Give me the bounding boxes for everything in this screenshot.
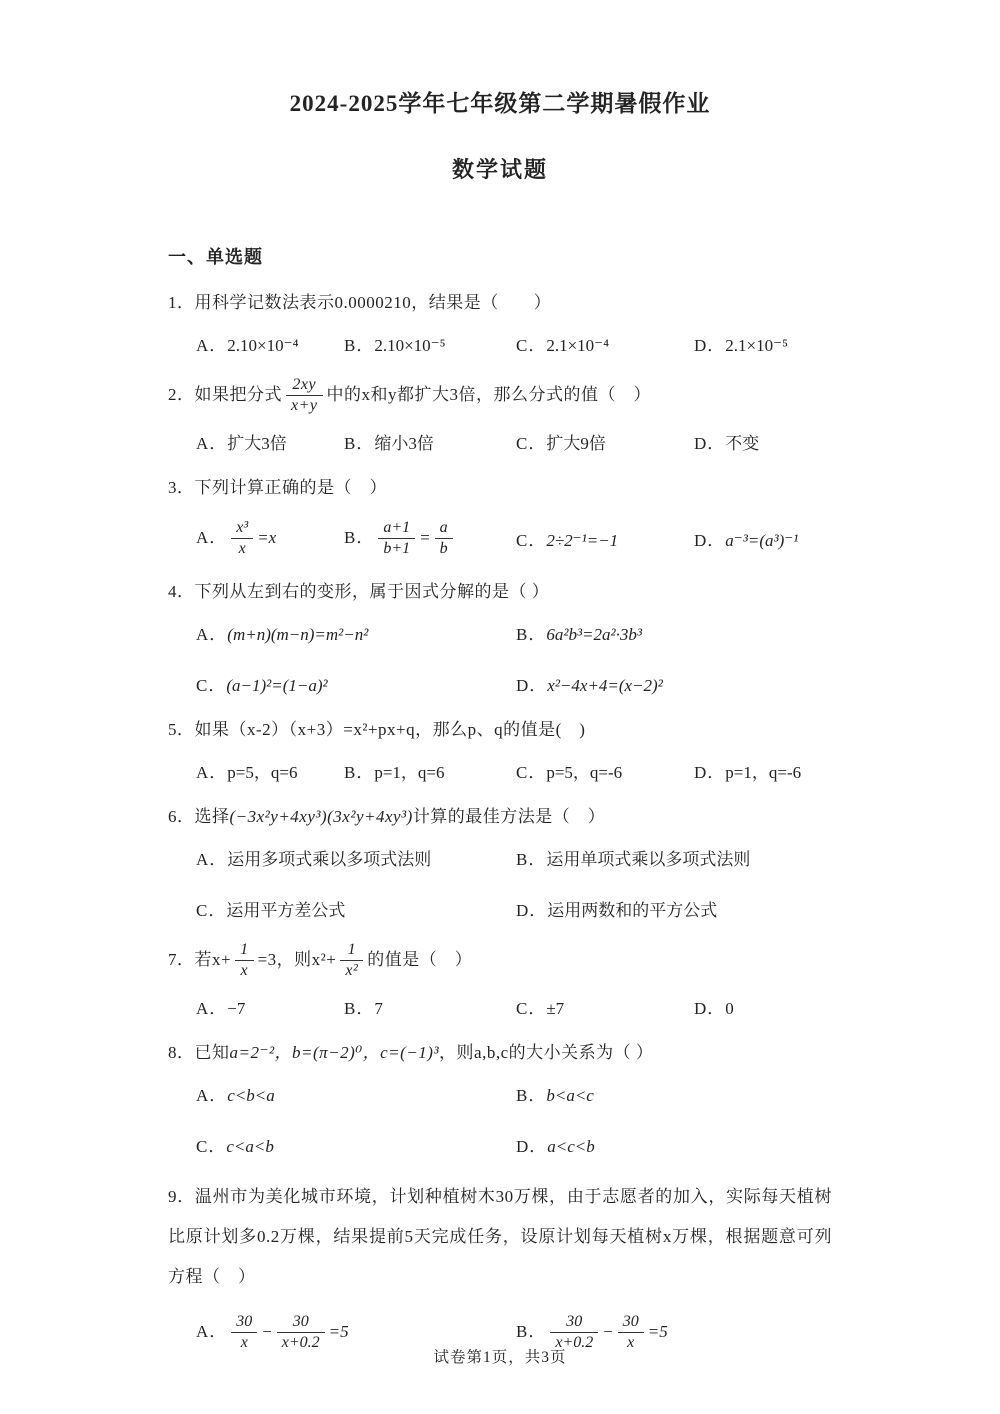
q8-option-b: B．b<a<c <box>516 1081 832 1106</box>
option-value: =5 <box>648 1321 668 1340</box>
option-value: b<a<c <box>546 1086 594 1105</box>
option-label: A． <box>196 625 227 644</box>
q8-option-a: A．c<b<a <box>196 1081 516 1106</box>
option-value: 不变 <box>725 434 759 453</box>
option-value: c<a<b <box>226 1137 274 1156</box>
option-value: 扩大9倍 <box>546 434 606 453</box>
option-value: 2.1×10⁻⁵ <box>725 336 788 355</box>
equals-sign: = <box>419 527 430 546</box>
question-3: 3．下列计算正确的是（ ） A．x³x=x B．a+1b+1=ab C．2÷2⁻… <box>168 474 832 559</box>
q9-stem: 9．温州市为美化城市环境，计划种植树木30万棵，由于志愿者的加入，实际每天植树比… <box>168 1177 832 1297</box>
q7-option-b: B．7 <box>344 994 516 1019</box>
option-value: 运用单项式乘以多项式法则 <box>546 850 750 869</box>
q8-stem: 8．已知a=2⁻²，b=(π−2)⁰，c=(−1)³，则a,b,c的大小关系为（… <box>168 1039 832 1068</box>
q2-option-c: C．扩大9倍 <box>516 429 694 454</box>
option-label: D． <box>694 999 725 1018</box>
fraction-numerator: 2xy <box>286 376 323 396</box>
q5-stem: 5．如果（x-2）（x+3）=x²+px+q，那么p、q的值是( ) <box>168 716 832 745</box>
page-title: 2024-2025学年七年级第二学期暑假作业 <box>168 92 832 115</box>
q7-options: A．−7 B．7 C．±7 D．0 <box>168 994 832 1019</box>
option-value: a<c<b <box>547 1137 595 1156</box>
question-8: 8．已知a=2⁻²，b=(π−2)⁰，c=(−1)³，则a,b,c的大小关系为（… <box>168 1039 832 1157</box>
q2-stem-pre: 2．如果把分式 <box>168 385 282 404</box>
q5-option-b: B．p=1，q=6 <box>344 758 516 783</box>
option-label: C． <box>516 531 546 550</box>
q8-formula: a=2⁻²，b=(π−2)⁰，c=(−1)³ <box>230 1043 440 1062</box>
q7-option-a: A．−7 <box>196 994 344 1019</box>
q2-option-a: A．扩大3倍 <box>196 429 344 454</box>
q8-stem-pre: 8．已知 <box>168 1043 230 1062</box>
option-label: D． <box>694 434 725 453</box>
option-label: A． <box>196 1086 227 1105</box>
q1-option-b: B．2.10×10⁻⁵ <box>344 331 516 356</box>
fraction-numerator: x³ <box>231 519 253 539</box>
q4-stem: 4．下列从左到右的变形，属于因式分解的是（ ） <box>168 578 832 607</box>
q6-option-d: D．运用两数和的平方公式 <box>516 896 832 921</box>
q5-options: A．p=5，q=6 B．p=1，q=6 C．p=5，q=-6 D．p=1，q=-… <box>168 758 832 783</box>
question-1: 1．用科学记数法表示0.0000210，结果是（ ） A．2.10×10⁻⁴ B… <box>168 289 832 356</box>
q4-option-c: C．(a−1)²=(1−a)² <box>196 671 516 696</box>
fraction-numerator: 30 <box>231 1313 257 1333</box>
option-label: D． <box>516 676 547 695</box>
q5-option-c: C．p=5，q=-6 <box>516 758 694 783</box>
fraction-denominator: b <box>435 539 453 558</box>
q2-option-b: B．缩小3倍 <box>344 429 516 454</box>
fraction-numerator: 1 <box>235 941 254 961</box>
option-value: 运用平方差公式 <box>226 901 345 920</box>
page-subtitle: 数学试题 <box>168 159 832 181</box>
option-value: p=5，q=6 <box>227 763 297 782</box>
option-value: 2.1×10⁻⁴ <box>546 336 609 355</box>
option-label: D． <box>694 763 725 782</box>
q2-stem-post: 中的x和y都扩大3倍，那么分式的值（ ） <box>327 385 652 404</box>
fraction-denominator: x+y <box>286 396 323 415</box>
option-value: x²−4x+4=(x−2)² <box>547 676 663 695</box>
option-value: 2.10×10⁻⁴ <box>227 336 298 355</box>
option-label: B． <box>344 999 374 1018</box>
fraction: 2xyx+y <box>286 376 323 416</box>
option-value: p=1，q=-6 <box>725 763 801 782</box>
option-label: B． <box>516 625 546 644</box>
q7-option-c: C．±7 <box>516 994 694 1019</box>
option-label: B． <box>344 527 374 546</box>
option-value: =x <box>257 527 276 546</box>
question-9: 9．温州市为美化城市环境，计划种植树木30万棵，由于志愿者的加入，实际每天植树比… <box>168 1177 832 1353</box>
option-value: p=1，q=6 <box>374 763 444 782</box>
q3-stem: 3．下列计算正确的是（ ） <box>168 474 832 503</box>
option-label: C． <box>196 901 226 920</box>
page-footer: 试卷第1页，共3页 <box>0 1345 1000 1367</box>
q1-options: A．2.10×10⁻⁴ B．2.10×10⁻⁵ C．2.1×10⁻⁴ D．2.1… <box>168 331 832 356</box>
q6-option-b: B．运用单项式乘以多项式法则 <box>516 845 832 870</box>
option-value: 运用多项式乘以多项式法则 <box>227 850 431 869</box>
option-value: a⁻³=(a³)⁻¹ <box>725 531 798 550</box>
question-7: 7．若x+1x=3，则x²+1x²的值是（ ） A．−7 B．7 C．±7 D．… <box>168 941 832 1019</box>
section-header: 一、单选题 <box>168 243 832 269</box>
q3-option-c: C．2÷2⁻¹=−1 <box>516 526 694 551</box>
option-label: B． <box>516 850 546 869</box>
q8-option-c: C．c<a<b <box>196 1132 516 1157</box>
option-label: C． <box>516 336 546 355</box>
q8-option-d: D．a<c<b <box>516 1132 832 1157</box>
option-value: c<b<a <box>227 1086 275 1105</box>
question-2: 2．如果把分式2xyx+y中的x和y都扩大3倍，那么分式的值（ ） A．扩大3倍… <box>168 376 832 454</box>
option-value: (a−1)²=(1−a)² <box>226 676 327 695</box>
q5-option-a: A．p=5，q=6 <box>196 758 344 783</box>
option-label: B． <box>344 336 374 355</box>
option-label: A． <box>196 850 227 869</box>
q6-stem: 6．选择(−3x²y+4xy³)(3x²y+4xy³)计算的最佳方法是（ ） <box>168 803 832 832</box>
option-value: (m+n)(m−n)=m²−n² <box>227 625 368 644</box>
q6-formula: (−3x²y+4xy³)(3x²y+4xy³) <box>230 807 413 826</box>
q6-options: A．运用多项式乘以多项式法则 B．运用单项式乘以多项式法则 C．运用平方差公式 … <box>168 845 832 921</box>
option-label: B． <box>344 763 374 782</box>
option-value: 2÷2⁻¹=−1 <box>546 531 618 550</box>
q7-stem: 7．若x+1x=3，则x²+1x²的值是（ ） <box>168 941 832 981</box>
option-label: B． <box>516 1321 546 1340</box>
q7-option-d: D．0 <box>694 994 832 1019</box>
option-value: 运用两数和的平方公式 <box>547 901 717 920</box>
option-label: D． <box>694 336 725 355</box>
q1-option-a: A．2.10×10⁻⁴ <box>196 331 344 356</box>
fraction-numerator: 30 <box>550 1313 598 1333</box>
exam-page: 2024-2025学年七年级第二学期暑假作业 数学试题 一、单选题 1．用科学记… <box>0 0 1000 1414</box>
fraction: 1x² <box>340 941 363 981</box>
option-value: 缩小3倍 <box>374 434 434 453</box>
minus-sign: − <box>602 1321 613 1340</box>
fraction: 1x <box>235 941 254 981</box>
q3-option-b: B．a+1b+1=ab <box>344 519 516 559</box>
question-6: 6．选择(−3x²y+4xy³)(3x²y+4xy³)计算的最佳方法是（ ） A… <box>168 803 832 921</box>
fraction-numerator: 30 <box>618 1313 644 1333</box>
option-label: A． <box>196 336 227 355</box>
option-value: 7 <box>374 999 383 1018</box>
q3-options: A．x³x=x B．a+1b+1=ab C．2÷2⁻¹=−1 D．a⁻³=(a³… <box>168 519 832 559</box>
fraction: a+1b+1 <box>378 519 415 559</box>
option-label: C． <box>516 763 546 782</box>
option-label: C． <box>516 999 546 1018</box>
q2-option-d: D．不变 <box>694 429 832 454</box>
q6-option-a: A．运用多项式乘以多项式法则 <box>196 845 516 870</box>
q4-option-a: A．(m+n)(m−n)=m²−n² <box>196 620 516 645</box>
q7-stem-post: 的值是（ ） <box>367 950 472 969</box>
q6-option-c: C．运用平方差公式 <box>196 896 516 921</box>
minus-sign: − <box>261 1321 272 1340</box>
fraction-numerator: 30 <box>277 1313 325 1333</box>
fraction-denominator: x² <box>340 961 363 980</box>
option-label: C． <box>196 676 226 695</box>
option-value: 0 <box>725 999 734 1018</box>
q7-stem-mid: =3，则x²+ <box>258 950 337 969</box>
option-label: B． <box>344 434 374 453</box>
option-label: A． <box>196 999 227 1018</box>
option-label: C． <box>516 434 546 453</box>
q4-option-b: B．6a²b³=2a²·3b³ <box>516 620 832 645</box>
q3-option-d: D．a⁻³=(a³)⁻¹ <box>694 526 832 551</box>
option-label: B． <box>516 1086 546 1105</box>
q6-stem-pre: 6．选择 <box>168 807 230 826</box>
q1-stem: 1．用科学记数法表示0.0000210，结果是（ ） <box>168 289 832 318</box>
question-4: 4．下列从左到右的变形，属于因式分解的是（ ） A．(m+n)(m−n)=m²−… <box>168 578 832 696</box>
fraction-numerator: a <box>435 519 453 539</box>
q5-option-d: D．p=1，q=-6 <box>694 758 832 783</box>
option-value: 2.10×10⁻⁵ <box>374 336 445 355</box>
option-label: A． <box>196 527 227 546</box>
q4-options: A．(m+n)(m−n)=m²−n² B．6a²b³=2a²·3b³ C．(a−… <box>168 620 832 696</box>
q1-option-d: D．2.1×10⁻⁵ <box>694 331 832 356</box>
option-label: D． <box>694 531 725 550</box>
option-label: A． <box>196 434 227 453</box>
q2-options: A．扩大3倍 B．缩小3倍 C．扩大9倍 D．不变 <box>168 429 832 454</box>
option-value: p=5，q=-6 <box>546 763 622 782</box>
q8-options: A．c<b<a B．b<a<c C．c<a<b D．a<c<b <box>168 1081 832 1157</box>
option-label: D． <box>516 901 547 920</box>
option-label: A． <box>196 763 227 782</box>
q1-option-c: C．2.1×10⁻⁴ <box>516 331 694 356</box>
fraction-denominator: x <box>231 539 253 558</box>
option-label: C． <box>196 1137 226 1156</box>
fraction-numerator: 1 <box>340 941 363 961</box>
option-value: 扩大3倍 <box>227 434 287 453</box>
q2-stem: 2．如果把分式2xyx+y中的x和y都扩大3倍，那么分式的值（ ） <box>168 376 832 416</box>
option-value: −7 <box>227 999 245 1018</box>
fraction-denominator: b+1 <box>378 539 415 558</box>
question-5: 5．如果（x-2）（x+3）=x²+px+q，那么p、q的值是( ) A．p=5… <box>168 716 832 783</box>
fraction-denominator: x <box>235 961 254 980</box>
q7-stem-pre: 7．若x+ <box>168 950 231 969</box>
fraction: x³x <box>231 519 253 559</box>
q6-stem-post: 计算的最佳方法是（ ） <box>413 807 606 826</box>
option-value: 6a²b³=2a²·3b³ <box>546 625 642 644</box>
option-label: A． <box>196 1321 227 1340</box>
q4-option-d: D．x²−4x+4=(x−2)² <box>516 671 832 696</box>
fraction-numerator: a+1 <box>378 519 415 539</box>
fraction: ab <box>435 519 453 559</box>
q8-stem-post: ，则a,b,c的大小关系为（ ） <box>439 1043 653 1062</box>
option-label: D． <box>516 1137 547 1156</box>
q3-option-a: A．x³x=x <box>196 519 344 559</box>
option-value: ±7 <box>546 999 564 1018</box>
option-value: =5 <box>329 1321 349 1340</box>
